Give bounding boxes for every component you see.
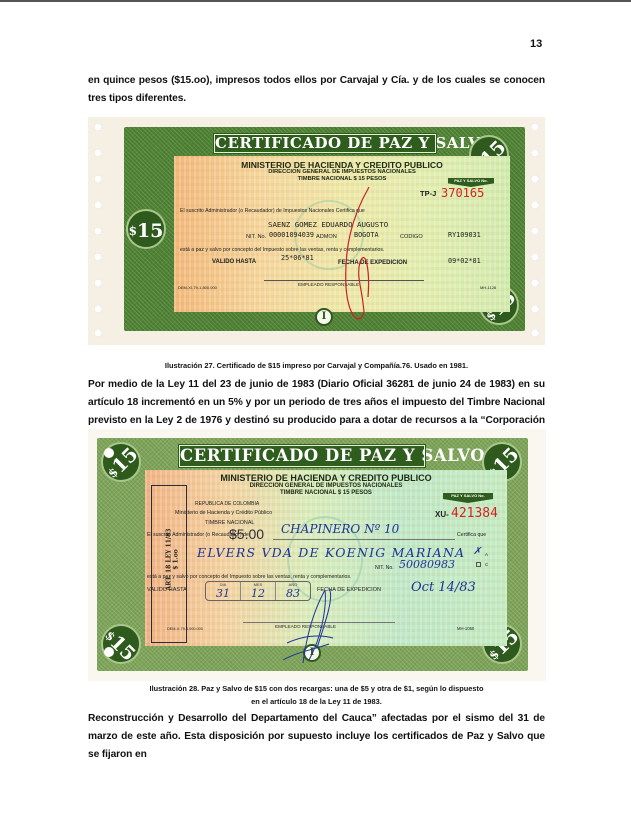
figure-28-caption-line-1: Ilustración 28. Paz y Salvo de $15 con d… [88, 682, 545, 695]
figure-28-caption-line-2: en el artículo 18 de la Ley 11 de 1983. [88, 695, 545, 708]
signature-red [124, 127, 525, 331]
certificate-paz-y-salvo-1983: CERTIFICADO DE PAZ Y SALVO $15 $15 $15 $… [97, 438, 528, 671]
viewer-top-border [0, 0, 631, 2]
paragraph-3: Reconstrucción y Desarrollo del Departam… [88, 710, 545, 764]
page-number: 13 [530, 38, 542, 50]
paragraph-1: en quince pesos ($15.oo), impresos todos… [88, 72, 545, 108]
signature-blue [97, 438, 528, 671]
figure-27-caption: Ilustración 27. Certificado de $15 impre… [88, 359, 545, 372]
certificate-paz-y-salvo-1981: CERTIFICADO DE PAZ Y SALVO $15 $15 $15 M… [124, 127, 525, 331]
